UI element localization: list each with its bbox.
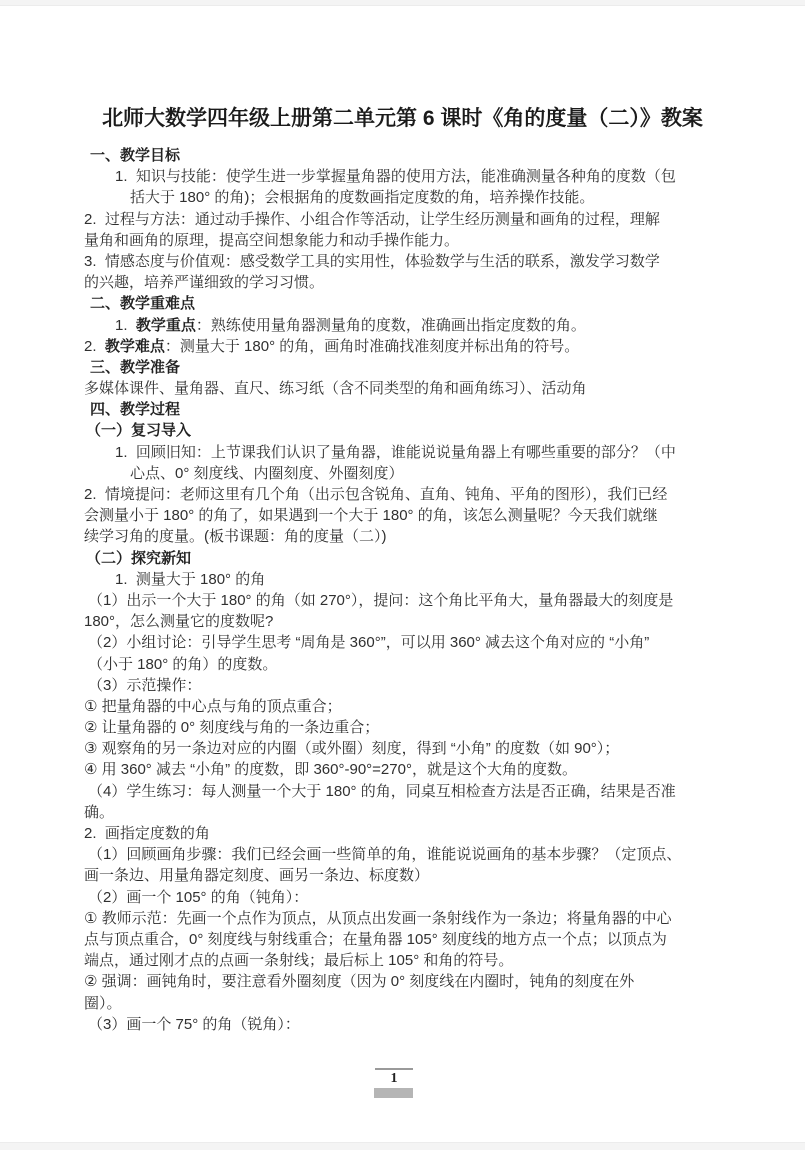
doc-line: 确。 bbox=[84, 802, 725, 823]
doc-line: ③ 观察角的另一条边对应的内圈（或外圈）刻度，得到 “小角” 的度数（如 90°… bbox=[84, 738, 725, 759]
doc-line: ① 教师示范：先画一个点作为顶点，从顶点出发画一条射线作为一条边；将量角器的中心 bbox=[84, 908, 725, 929]
doc-line-bold-segment: 教学难点 bbox=[105, 338, 165, 355]
doc-line: （二）探究新知 bbox=[86, 548, 725, 569]
doc-line: 量角和画角的原理，提高空间想象能力和动手操作能力。 bbox=[84, 230, 725, 251]
doc-line: （1）回顾画角步骤：我们已经会画一些简单的角，谁能说说画角的基本步骤？（定顶点、 bbox=[88, 844, 725, 865]
doc-line-segment: ：测量大于 180° 的角，画角时准确找准刻度并标出角的符号。 bbox=[165, 338, 579, 355]
doc-line: （一）复习导入 bbox=[86, 420, 725, 441]
doc-line: 3. 情感态度与价值观：感受数学工具的实用性，体验数学与生活的联系，激发学习数学 bbox=[84, 251, 725, 272]
viewer-bottom-margin bbox=[0, 1142, 805, 1150]
doc-line: （3）示范操作： bbox=[88, 675, 725, 696]
doc-line: （1）出示一个大于 180° 的角（如 270°），提问：这个角比平角大，量角器… bbox=[88, 590, 725, 611]
doc-line: ② 让量角器的 0° 刻度线与角的一条边重合； bbox=[84, 717, 725, 738]
doc-line: 1. 回顾旧知：上节课我们认识了量角器，谁能说说量角器上有哪些重要的部分？（中 bbox=[115, 442, 725, 463]
page-number: 1 bbox=[375, 1070, 413, 1087]
doc-line: （2）小组讨论：引导学生思考 “周角是 360°”，可以用 360° 减去这个角… bbox=[88, 632, 725, 653]
doc-line: 四、教学过程 bbox=[90, 399, 725, 420]
footer-block bbox=[374, 1088, 413, 1098]
doc-line: 会测量小于 180° 的角了，如果遇到一个大于 180° 的角，该怎么测量呢？今… bbox=[84, 505, 725, 526]
doc-line: 括大于 180° 的角)；会根据角的度数画指定度数的角，培养操作技能。 bbox=[130, 187, 725, 208]
doc-line: 画一条边、用量角器定刻度、画另一条边、标度数） bbox=[84, 865, 725, 886]
doc-line: ② 强调：画钝角时，要注意看外圈刻度（因为 0° 刻度线在内圈时，钝角的刻度在外 bbox=[84, 971, 725, 992]
doc-line: 1. 测量大于 180° 的角 bbox=[115, 569, 725, 590]
doc-line: 续学习角的度量。(板书课题：角的度量（二）) bbox=[84, 526, 725, 547]
doc-line: 180°，怎么测量它的度数呢? bbox=[84, 611, 725, 632]
doc-line: 点与顶点重合，0° 刻度线与射线重合；在量角器 105° 刻度线的地方点一个点；… bbox=[84, 929, 725, 950]
doc-line: （小于 180° 的角）的度数。 bbox=[88, 654, 725, 675]
doc-line: 2. 画指定度数的角 bbox=[84, 823, 725, 844]
document-page: 北师大数学四年级上册第二单元第 6 课时《角的度量（二）》教案 一、教学目标1.… bbox=[0, 6, 805, 1143]
doc-line: ① 把量角器的中心点与角的顶点重合； bbox=[84, 696, 725, 717]
page-title: 北师大数学四年级上册第二单元第 6 课时《角的度量（二）》教案 bbox=[40, 104, 765, 134]
doc-line: （4）学生练习：每人测量一个大于 180° 的角，同桌互相检查方法是否正确，结果… bbox=[88, 781, 725, 802]
doc-line-segment: 2. bbox=[84, 338, 105, 355]
doc-line: 2. 过程与方法：通过动手操作、小组合作等活动，让学生经历测量和画角的过程，理解 bbox=[84, 209, 725, 230]
doc-line: 心点、0° 刻度线、内圈刻度、外圈刻度） bbox=[130, 463, 725, 484]
doc-line-segment: ：熟练使用量角器测量角的度数，准确画出指定度数的角。 bbox=[196, 317, 586, 334]
doc-line-bold-segment: 教学重点 bbox=[136, 317, 196, 334]
doc-line: 二、教学重难点 bbox=[90, 293, 725, 314]
doc-line: 一、教学目标 bbox=[90, 145, 725, 166]
doc-line: 1. 教学重点：熟练使用量角器测量角的度数，准确画出指定度数的角。 bbox=[115, 315, 725, 336]
doc-line: 2. 情境提问：老师这里有几个角（出示包含锐角、直角、钝角、平角的图形），我们已… bbox=[84, 484, 725, 505]
doc-line: 的兴趣，培养严谨细致的学习习惯。 bbox=[84, 272, 725, 293]
doc-line: （2）画一个 105° 的角（钝角）： bbox=[88, 887, 725, 908]
doc-line: 1. 知识与技能：使学生进一步掌握量角器的使用方法，能准确测量各种角的度数（包 bbox=[115, 166, 725, 187]
doc-line: （3）画一个 75° 的角（锐角）： bbox=[88, 1014, 725, 1035]
doc-body: 一、教学目标1. 知识与技能：使学生进一步掌握量角器的使用方法，能准确测量各种角… bbox=[84, 145, 725, 1035]
doc-line: 端点，通过刚才点的点画一条射线；最后标上 105° 和角的符号。 bbox=[84, 950, 725, 971]
doc-line: 圈）。 bbox=[84, 993, 725, 1014]
doc-line: 三、教学准备 bbox=[90, 357, 725, 378]
doc-line-segment: 1. bbox=[115, 317, 136, 334]
doc-line: ④ 用 360° 减去 “小角” 的度数，即 360°-90°=270°，就是这… bbox=[84, 759, 725, 780]
doc-line: 多媒体课件、量角器、直尺、练习纸（含不同类型的角和画角练习）、活动角 bbox=[84, 378, 725, 399]
doc-line: 2. 教学难点：测量大于 180° 的角，画角时准确找准刻度并标出角的符号。 bbox=[84, 336, 725, 357]
